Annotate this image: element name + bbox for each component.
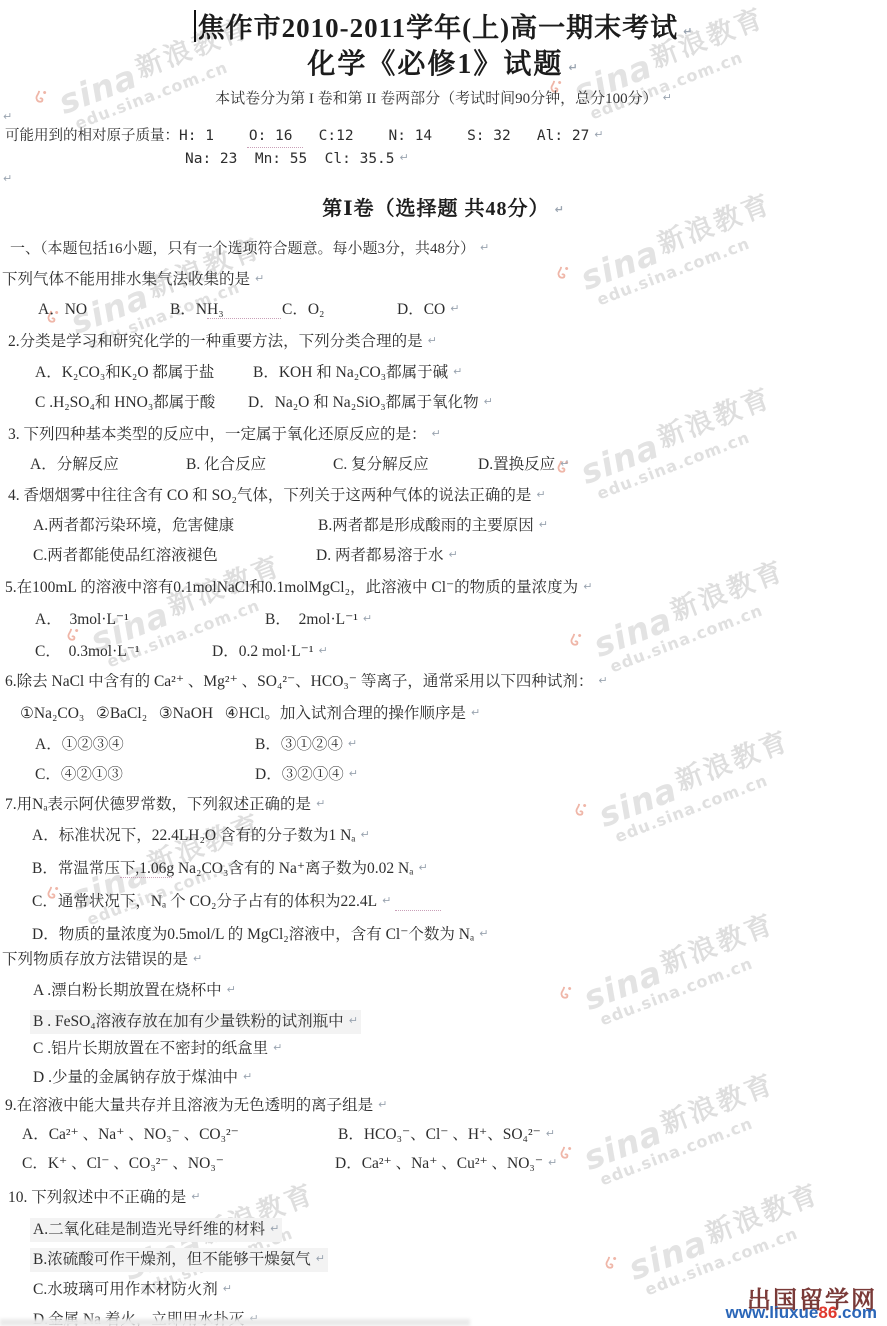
- question-7-stem: 7.用Nₐ表示阿伏德罗常数，下列叙述正确的是: [5, 796, 325, 814]
- question-5-option-b: B． 2mol·L⁻¹: [265, 611, 372, 629]
- sina-watermark: sina新浪教育edu.sina.com.cn: [568, 725, 803, 858]
- question-8-option-b: B . FeSO₄溶液存放在加有少量铁粉的试剂瓶中: [33, 1013, 358, 1031]
- question-6-option-a: A．①②③④: [35, 736, 124, 754]
- question-3-option-b: B. 化合反应: [186, 456, 266, 474]
- question-7-option-b: B．常温常压下,1.06g Na₂CO₃含有的 Na⁺离子数为0.02 Nₐ: [32, 860, 428, 878]
- question-9-option-c: C．K⁺ 、Cl⁻ 、CO₃²⁻ 、NO₃⁻: [22, 1155, 224, 1173]
- question-9-option-b: B．HCO₃⁻、Cl⁻ 、H⁺、SO₄²⁻: [338, 1126, 555, 1144]
- question-10-stem: 10. 下列叙述中不正确的是: [8, 1189, 200, 1207]
- sina-watermark: sina新浪教育edu.sina.com.cn: [550, 382, 785, 515]
- question-5-option-a: A． 3mol·L⁻¹: [35, 611, 129, 629]
- sina-flame-icon: [552, 980, 583, 1011]
- sina-flame-icon: [567, 797, 598, 828]
- sina-flame-icon: [562, 627, 593, 658]
- question-6-option-c: C．④②①③: [35, 766, 123, 784]
- question-3-option-d: D.置换反应: [478, 456, 569, 474]
- question-3-stem: 3. 下列四种基本类型的反应中，一定属于氧化还原反应的是：: [8, 426, 441, 444]
- question-10-option-c: C.水玻璃可用作木材防火剂: [33, 1281, 232, 1299]
- footer-site-url: www.liuxue86.com: [726, 1303, 878, 1323]
- spellcheck-underline: [247, 147, 303, 148]
- question-2-option-b: B．KOH 和 Na₂CO₃都属于碱: [253, 364, 462, 382]
- paragraph-mark: ↵: [3, 172, 12, 185]
- sina-flame-icon: [597, 1250, 628, 1281]
- question-1-option-d: D．CO: [397, 301, 459, 319]
- question-10-option-a: A.二氧化硅是制造光导纤维的材料: [33, 1221, 279, 1239]
- atomic-mass-line-1: 可能用到的相对原子质量：H: 1 O: 16 C:12 N: 14 S: 32 …: [5, 128, 604, 145]
- scan-artifact: [0, 1319, 470, 1326]
- exam-title: 焦作市2010-2011学年(上)高一期末考试: [0, 10, 887, 44]
- question-2-stem: 2.分类是学习和研究化学的一种重要方法，下列分类合理的是: [8, 333, 437, 351]
- section-instruction: 一、（本题包括16小题，只有一个选项符合题意。每小题3分，共48分）: [10, 241, 489, 258]
- exam-scan-page: { "header": { "title_line1": "焦作市2010-20…: [0, 0, 887, 1326]
- text-cursor: [194, 10, 196, 42]
- question-8-option-a: A .漂白粉长期放置在烧杯中: [33, 982, 236, 1000]
- question-3-option-a: A．分解反应: [30, 456, 119, 474]
- question-5-stem: 5.在100mL 的溶液中溶有0.1molNaCl和0.1molMgCl₂，此溶…: [5, 579, 592, 597]
- question-7-option-a: A．标准状况下，22.4LH₂O 含有的分子数为1 Nₐ: [32, 827, 370, 845]
- section-title: 第Ⅰ卷（选择题 共48分）: [0, 198, 887, 221]
- question-6-reagents: ①Na₂CO₃ ②BaCl₂ ③NaOH ④HCl。加入试剂合理的操作顺序是: [20, 705, 480, 723]
- sina-watermark: sina新浪教育edu.sina.com.cn: [553, 908, 788, 1041]
- sina-flame-icon: [549, 260, 580, 291]
- question-1-option-c: C．O₂: [282, 301, 324, 319]
- question-5-option-c: C． 0.3mol·L⁻¹: [35, 643, 140, 661]
- question-1-option-a: A．NO: [38, 301, 87, 319]
- question-5-option-d: D．0.2 mol·L⁻¹: [212, 643, 328, 661]
- spellcheck-underline: [395, 910, 441, 911]
- question-4-option-c: C.两者都能使品红溶液褪色: [33, 547, 218, 565]
- question-4-option-d: D. 两者都易溶于水: [316, 547, 458, 565]
- question-6-option-b: B．③①②④: [255, 736, 357, 754]
- question-8-option-c: C .铝片长期放置在不密封的纸盒里: [33, 1040, 282, 1058]
- spellcheck-underline: [120, 877, 172, 878]
- paragraph-mark: ↵: [3, 110, 12, 123]
- footer-url-suffix: .com: [837, 1303, 877, 1322]
- sina-watermark: sina新浪教育edu.sina.com.cn: [553, 1068, 788, 1201]
- question-4-option-b: B.两者都是形成酸雨的主要原因: [318, 517, 548, 535]
- sina-watermark: sina新浪教育edu.sina.com.cn: [563, 555, 798, 688]
- exam-subtitle: 化学《必修1》试题: [0, 49, 887, 81]
- question-3-option-c: C. 复分解反应: [333, 456, 429, 474]
- question-10-option-b: B.浓硫酸可作干燥剂，但不能够干燥氨气: [33, 1251, 325, 1269]
- question-2-option-a: A．K₂CO₃和K₂O 都属于盐: [35, 364, 214, 382]
- question-8-option-d: D .少量的金属钠存放于煤油中: [33, 1069, 252, 1087]
- question-6-stem: 6.除去 NaCl 中含有的 Ca²⁺ 、Mg²⁺ 、SO₄²⁻、HCO₃⁻ 等…: [5, 673, 608, 691]
- footer-url-prefix: www.liuxue: [726, 1303, 819, 1322]
- spellcheck-underline: [207, 318, 281, 319]
- question-1-option-b: B．NH₃: [170, 301, 224, 319]
- exam-note: 本试卷分为第 I 卷和第 II 卷两部分（考试时间90分钟，总分100分）: [0, 91, 887, 108]
- question-9-stem: 9.在溶液中能大量共存并且溶液为无色透明的离子组是: [5, 1097, 387, 1115]
- question-2-option-d: D．Na₂O 和 Na₂SiO₃都属于氧化物: [248, 394, 493, 412]
- question-2-option-c: C .H₂SO₄和 HNO₃都属于酸: [35, 394, 215, 412]
- question-7-option-c: C．通常状况下，Nₐ 个 CO₂分子占有的体积为22.4L: [32, 893, 391, 911]
- question-9-option-a: A．Ca²⁺ 、Na⁺ 、NO₃⁻ 、CO₃²⁻: [22, 1126, 239, 1144]
- atomic-mass-line-2: Na: 23 Mn: 55 Cl: 35.5: [185, 151, 409, 168]
- question-4-option-a: A.两者都污染环境，危害健康: [33, 517, 234, 535]
- footer-url-highlight: 86: [818, 1303, 837, 1322]
- question-6-option-d: D．③②①④: [255, 766, 358, 784]
- question-7-option-d: D．物质的量浓度为0.5mol/L 的 MgCl₂溶液中，含有 Cl⁻个数为 N…: [32, 926, 488, 944]
- question-8-stem: 下列物质存放方法错误的是: [2, 951, 202, 969]
- question-1-stem: 下列气体不能用排水集气法收集的是: [2, 271, 264, 289]
- question-9-option-d: D．Ca²⁺ 、Na⁺ 、Cu²⁺ 、NO₃⁻: [335, 1155, 557, 1173]
- exam-title-text: 焦作市2010-2011学年(上)高一期末考试: [198, 13, 678, 43]
- question-4-stem: 4. 香烟烟雾中往往含有 CO 和 SO₂气体，下列关于这两种气体的说法正确的是: [8, 487, 546, 505]
